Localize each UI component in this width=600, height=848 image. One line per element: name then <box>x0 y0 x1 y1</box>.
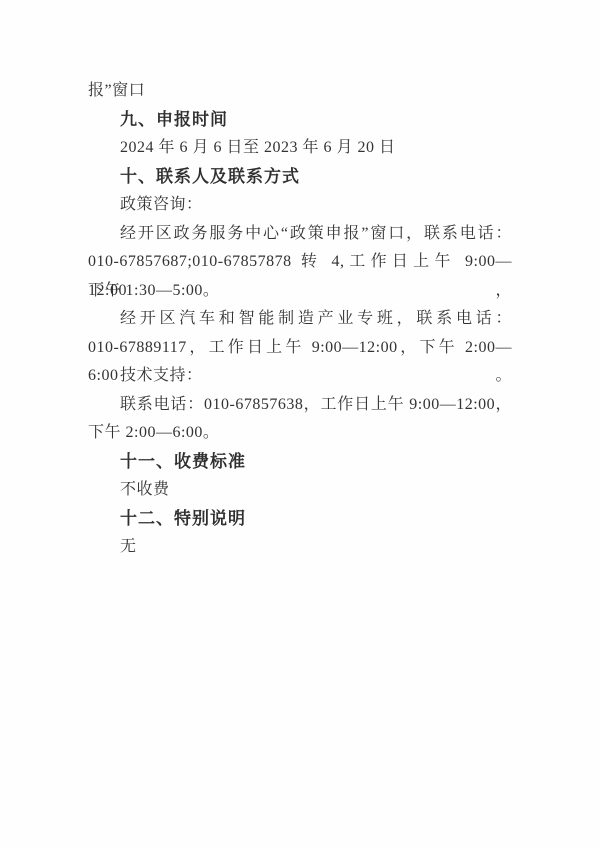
section-heading-line: 十、联系人及联系方式 <box>88 163 512 192</box>
document-content: 报”窗口九、申报时间2024 年 6 月 6 日至 2023 年 6 月 20 … <box>88 77 512 562</box>
document-text-line: 010-67857687;010-67857878 转 4,工作日上午 9:00… <box>88 248 512 277</box>
section-heading-line: 十一、收费标准 <box>88 448 512 477</box>
document-text-line: 联系电话：010-67857638，工作日上午 9:00—12:00， <box>88 391 512 420</box>
section-heading-line: 九、申报时间 <box>88 106 512 135</box>
document-text-line: 报”窗口 <box>88 77 512 106</box>
document-text-line: 经开区政务服务中心“政策申报”窗口，联系电话： <box>88 220 512 249</box>
document-text-line: 经开区汽车和智能制造产业专班，联系电话： <box>88 305 512 334</box>
document-text-line: 2024 年 6 月 6 日至 2023 年 6 月 20 日 <box>88 134 512 163</box>
section-heading-line: 十二、特别说明 <box>88 505 512 534</box>
document-text-line: 010-67889117，工作日上午 9:00—12:00，下午 2:00—6:… <box>88 334 512 363</box>
document-text-line: 不收费 <box>88 476 512 505</box>
document-text-line: 下午 2:00—6:00。 <box>88 419 512 448</box>
document-text-line: 政策咨询： <box>88 191 512 220</box>
document-page: 报”窗口九、申报时间2024 年 6 月 6 日至 2023 年 6 月 20 … <box>0 0 600 848</box>
document-text-line: 无 <box>88 533 512 562</box>
